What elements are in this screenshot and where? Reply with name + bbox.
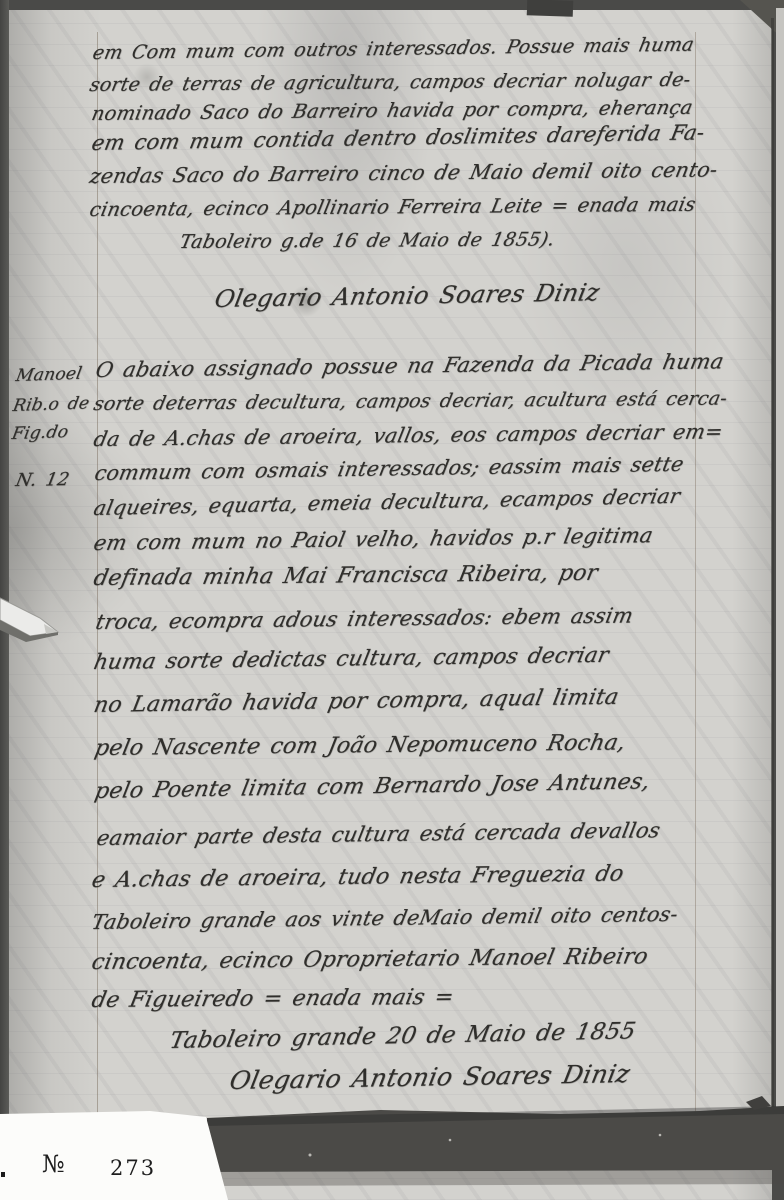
handwritten-line: pelo Nascente com João Nepomuceno Rocha,: [92, 730, 627, 761]
paper-sheet: em Com mum com outros interessados. Poss…: [6, 8, 772, 1200]
handwritten-line: em com mum contida dentro doslimites dar…: [90, 120, 707, 155]
margin-note-name-3: Fig.do: [10, 422, 70, 444]
scanned-document-page: em Com mum com outros interessados. Poss…: [0, 0, 784, 1200]
margin-note-number: N. 12: [14, 469, 71, 491]
scan-border-left: [0, 0, 9, 1132]
handwritten-line: troca, ecompra adous interessados: ebem …: [94, 603, 636, 634]
archive-number-label: № 273: [0, 1106, 232, 1200]
handwritten-line: em Com mum com outros interessados. Poss…: [91, 34, 696, 64]
handwritten-line: cincoenta, ecinco Oproprietario Manoel R…: [89, 944, 650, 975]
handwritten-line: sorte de terras de agricultura, campos d…: [88, 69, 693, 96]
handwritten-line: da de A.chas de aroeira, vallos, eos cam…: [92, 419, 726, 451]
handwritten-line: nominado Saco do Barreiro havida por com…: [90, 96, 695, 125]
handwritten-line: cincoenta, ecinco Apollinario Ferreira L…: [88, 193, 698, 221]
handwritten-line: alqueires, equarta, emeia decultura, eca…: [92, 484, 683, 520]
page-edge-line: [771, 18, 774, 1110]
handwritten-line: eamaior parte desta cultura está cercada…: [95, 818, 663, 850]
vicar-signature: Olegario Antonio Soares Diniz: [212, 278, 602, 313]
handwritten-line: pelo Poente limita com Bernardo Jose Ant…: [93, 769, 652, 804]
handwritten-line: zendas Saco do Barreiro cinco de Maio de…: [88, 157, 720, 188]
handwritten-line: huma sorte dedictas cultura, campos decr…: [92, 643, 611, 675]
margin-note-name-2: Rib.o de: [11, 393, 91, 416]
handwritten-line: sorte deterras decultura, campos decriar…: [92, 387, 729, 415]
handwritten-line: O abaixo assignado possue na Fazenda da …: [94, 349, 726, 382]
handwritten-line: de Figueiredo = enada mais =: [89, 985, 456, 1013]
dateline: Taboleiro grande 20 de Maio de 1855: [168, 1018, 638, 1054]
pen-nib-artifact: [0, 590, 70, 660]
handwritten-line: e A.chas de aroeira, tudo nesta Freguezi…: [89, 862, 625, 893]
handwritten-line: em com mum no Paiol velho, havidos p.r l…: [92, 523, 656, 555]
handwritten-line: no Lamarão havida por compra, aqual limi…: [92, 685, 621, 718]
scan-border-top: [0, 0, 784, 10]
margin-note-name-1: Manoel: [14, 364, 83, 386]
numero-symbol: №: [42, 1150, 65, 1178]
handwritten-line: Taboleiro g.de 16 de Maio de 1855).: [178, 228, 557, 253]
scan-border-notch: [527, 0, 574, 17]
handwritten-line: definada minha Mai Francisca Ribeira, po…: [91, 561, 599, 591]
adjacent-page-edge: [776, 8, 784, 1132]
ink-speck: [1, 1172, 5, 1177]
handwritten-line: Taboleiro grande aos vinte deMaio demil …: [90, 902, 681, 934]
handwritten-line: commum com osmais interessados; eassim m…: [93, 452, 686, 485]
page-number: 273: [110, 1156, 156, 1180]
